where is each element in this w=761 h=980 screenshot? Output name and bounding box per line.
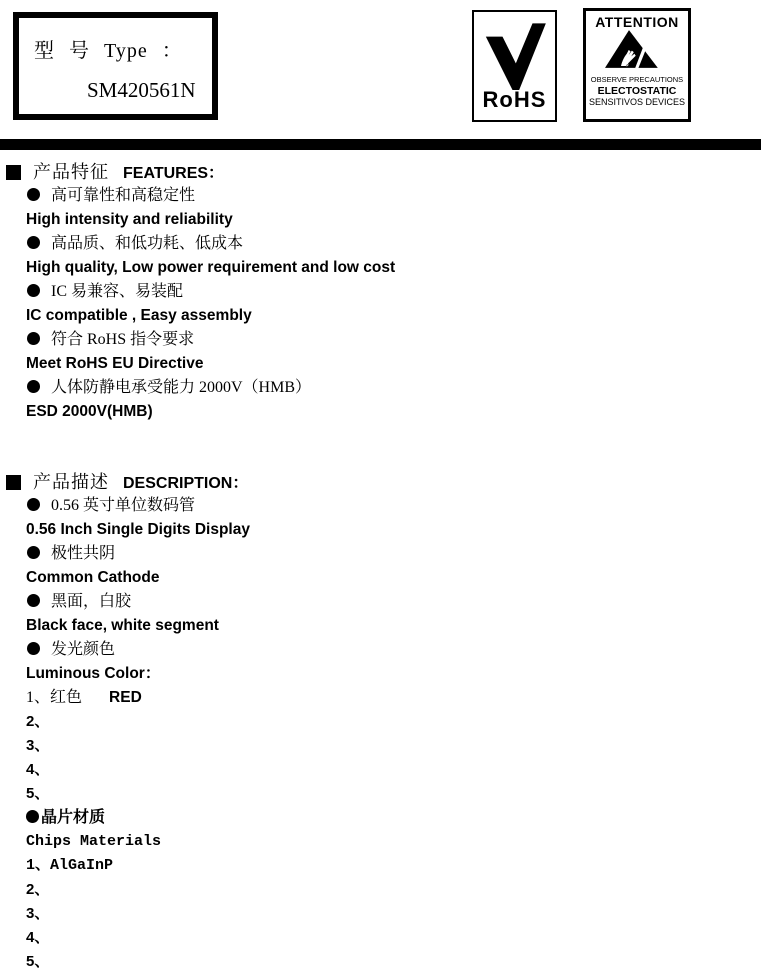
circle-bullet-icon — [27, 498, 40, 511]
feature-item: 符合 RoHS 指令要求 — [6, 328, 758, 352]
circle-bullet-icon — [27, 380, 40, 393]
features-heading-cn: 产品特征 — [33, 162, 109, 182]
luminous-cn: 红色 — [50, 689, 82, 706]
section-gap — [6, 424, 758, 470]
description-en: Common Cathode — [6, 566, 758, 590]
section-divider — [0, 139, 761, 150]
attention-line3: SENSITIVOS DEVICES — [586, 97, 688, 107]
feature-cn: 符合 RoHS 指令要求 — [51, 331, 194, 348]
esd-attention-logo: ATTENTION OBSERVE PRECAUTIONS ELECTOSTAT… — [583, 8, 691, 122]
description-cn: 发光颜色 — [51, 641, 115, 658]
part-number: SM420561N — [87, 78, 196, 103]
list-number: 1、 — [26, 857, 50, 874]
description-en: 0.56 Inch Single Digits Display — [6, 518, 758, 542]
luminous-en: RED — [109, 689, 142, 706]
feature-en: High intensity and reliability — [6, 208, 758, 232]
feature-en: High quality, Low power requirement and … — [6, 256, 758, 280]
circle-bullet-icon — [27, 546, 40, 559]
rohs-logo: RoHS — [472, 10, 557, 122]
description-heading-cn: 产品描述 — [33, 472, 109, 492]
square-bullet-icon — [6, 475, 21, 490]
circle-bullet-icon — [27, 332, 40, 345]
description-heading: 产品描述DESCRIPTION： — [6, 470, 758, 494]
type-label: 型 号 Type ： — [34, 34, 183, 63]
circle-bullet-icon — [27, 594, 40, 607]
attention-line1: OBSERVE PRECAUTIONS — [586, 75, 688, 84]
chips-item-5: 5、 — [6, 950, 758, 974]
type-box: 型 号 Type ： SM420561N — [13, 12, 218, 120]
luminous-item-5: 5、 — [6, 782, 758, 806]
description-item: 0.56 英寸单位数码管 — [6, 494, 758, 518]
list-number: 1、 — [26, 689, 50, 706]
feature-cn: 人体防静电承受能力 2000V（HMB） — [51, 379, 311, 396]
circle-bullet-icon — [27, 188, 40, 201]
document-body: 产品特征FEATURES： 高可靠性和高稳定性 High intensity a… — [6, 160, 758, 974]
feature-item: 人体防静电承受能力 2000V（HMB） — [6, 376, 758, 400]
chips-item-2: 2、 — [6, 878, 758, 902]
chips-cn: 晶片材质 — [41, 809, 105, 826]
luminous-item-4: 4、 — [6, 758, 758, 782]
description-item: 发光颜色 — [6, 638, 758, 662]
luminous-color-label: Luminous Color： — [6, 662, 758, 686]
esd-hand-triangle-icon — [605, 30, 669, 75]
chip-material: AlGaInP — [50, 857, 113, 874]
chips-title: Chips Materials — [6, 830, 758, 854]
feature-en: ESD 2000V(HMB) — [6, 400, 758, 424]
features-heading: 产品特征FEATURES： — [6, 160, 758, 184]
description-cn: 黑面，白胶 — [51, 593, 131, 610]
rohs-label: RoHS — [474, 87, 555, 113]
feature-item: IC 易兼容、易装配 — [6, 280, 758, 304]
datasheet-page: 型 号 Type ： SM420561N RoHS ATTENTION OBSE… — [0, 0, 761, 980]
chips-item-4: 4、 — [6, 926, 758, 950]
feature-en: Meet RoHS EU Directive — [6, 352, 758, 376]
rohs-check-icon — [480, 15, 550, 90]
feature-item: 高品质、和低功耗、低成本 — [6, 232, 758, 256]
circle-bullet-icon — [26, 810, 39, 823]
feature-cn: 高品质、和低功耗、低成本 — [51, 235, 243, 252]
square-bullet-icon — [6, 165, 21, 180]
circle-bullet-icon — [27, 284, 40, 297]
attention-line2: ELECTOSTATIC — [586, 85, 688, 97]
chips-item-3: 3、 — [6, 902, 758, 926]
circle-bullet-icon — [27, 642, 40, 655]
description-item: 极性共阴 — [6, 542, 758, 566]
circle-bullet-icon — [27, 236, 40, 249]
feature-cn: IC 易兼容、易装配 — [51, 283, 183, 300]
feature-cn: 高可靠性和高稳定性 — [51, 187, 195, 204]
chips-item-1: 1、AlGaInP — [6, 854, 758, 878]
description-cn: 极性共阴 — [51, 545, 115, 562]
description-en: Black face, white segment — [6, 614, 758, 638]
feature-en: IC compatible , Easy assembly — [6, 304, 758, 328]
description-item: 黑面，白胶 — [6, 590, 758, 614]
description-heading-en: DESCRIPTION： — [123, 475, 248, 492]
feature-item: 高可靠性和高稳定性 — [6, 184, 758, 208]
luminous-item-1: 1、红色RED — [6, 686, 758, 710]
chips-heading: 晶片材质 — [6, 806, 758, 830]
luminous-item-2: 2、 — [6, 710, 758, 734]
features-heading-en: FEATURES： — [123, 165, 224, 182]
attention-title: ATTENTION — [586, 14, 688, 30]
description-cn: 0.56 英寸单位数码管 — [51, 497, 195, 514]
luminous-item-3: 3、 — [6, 734, 758, 758]
